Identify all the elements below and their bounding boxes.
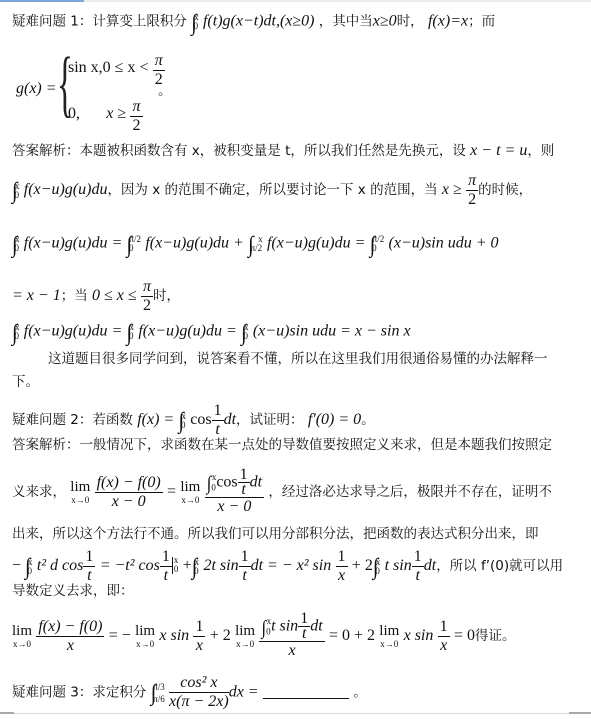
note-line1: 这道题目很多同学问到，说答案看不懂，所以在这里我们用很通俗易懂的办法解释一 [48, 350, 548, 368]
g-case2: 0, x ≥ π2 [68, 98, 143, 135]
problem2-label: 疑难问题 2： [12, 412, 92, 428]
bottom-scroll-marker-left [0, 712, 14, 714]
integral-sign-icon: ∫ [178, 411, 183, 432]
bottom-scroll-marker-right [569, 712, 591, 714]
one-over-t: 1t [239, 548, 251, 585]
expr-d: 2t sin [203, 557, 238, 574]
diff-quotient: f(x) − f(0)x − 0 [95, 474, 163, 511]
result: = x − 1 [12, 287, 61, 304]
answer2-text4: ，所以 f’(0)就可以用 [436, 558, 563, 574]
problem1-cond: x≥0 [373, 13, 397, 30]
answer2-text2a: 义来求， [12, 484, 66, 500]
problem2-line: 疑难问题 2：若函数 f(x) = ∫0x cos1tdt，试证明： f'(0)… [12, 402, 375, 439]
period: 。 [158, 83, 172, 99]
cos: cos [190, 411, 211, 428]
eq2-p1: f(x−u)g(u)du = [138, 323, 236, 340]
integral-quotient: ∫0xcos1tdtx − 0 [205, 468, 264, 516]
answer1-sub: x − t = u [470, 142, 527, 159]
minus: − [12, 557, 25, 574]
problem2-claim: f'(0) = 0 [308, 411, 361, 428]
diff-quotient: f(x) − f(0)x [36, 618, 104, 655]
integral-sign-icon: ∫ [127, 322, 132, 343]
answer2-line2: 义来求， limx→0 f(x) − f(0)x − 0 = limx→0 ∫0… [12, 468, 552, 516]
answer1-text3: ，因为 x 的范围不确定，所以要讨论一下 x 的范围，当 [107, 182, 437, 198]
one-over-x: 1x [193, 618, 205, 655]
answer2-text3: 出来，所以这个方法行不通。所以我们可以用分部积分法，把函数的表达式积分出来，即 [12, 526, 539, 542]
answer1-text4: 的时候， [478, 182, 532, 198]
integral-sign-icon: ∫ [12, 234, 17, 255]
g-case1: sin x,0 ≤ x < π2 [68, 52, 165, 89]
answer2-text5: 导数定义去求，即： [12, 583, 134, 599]
expr-c: = −t² cos [100, 557, 160, 574]
problem1-text: ，其中当 [319, 14, 373, 30]
answer2-text2b: ，经过洛必达求导之后，极限并不存在，证明不 [268, 484, 552, 500]
eq2-p2: (x−u)sin udu = x − sin x [253, 323, 411, 340]
bottom-divider [0, 713, 591, 714]
problem2-f-def: f(x) = [137, 411, 174, 428]
answer2-line5: 导数定义去求，即： [12, 582, 134, 600]
integral-sign-icon: ∫ [25, 557, 30, 578]
pi-over-2: π2 [130, 98, 142, 135]
one-over-x: 1x [438, 618, 450, 655]
expr-b: t² d cos [37, 557, 84, 574]
problem1-integral: f(t)g(x−t)dt,(x≥0) [203, 13, 315, 30]
g-lhs: g(x) = [16, 80, 57, 98]
problem3-label: 疑难问题 3： [12, 685, 92, 701]
answer-blank[interactable] [263, 698, 349, 699]
limit: limx→0 [180, 480, 200, 505]
problem3-line: 疑难问题 3：求定积分 ∫π/3π/6 cos² xx(π − 2x)dx = … [12, 674, 367, 711]
dt: dt [224, 411, 236, 428]
answer1-label: 答案解析： [12, 143, 80, 159]
limit: limx→0 [70, 480, 90, 505]
answer1-text2: ，则 [527, 143, 554, 159]
expr-g: t sin [385, 557, 412, 574]
problem1-line: 疑难问题 1：计算变上限积分 ∫0x f(t)g(x−t)dt,(x≥0) ，其… [12, 8, 495, 35]
eq2-lhs: f(x−u)g(u)du = [24, 323, 122, 340]
limit: limx→0 [135, 624, 155, 649]
top-divider [84, 0, 591, 2]
g-period: 。 [158, 82, 172, 100]
top-accent-bar [0, 0, 84, 2]
answer1-result-line: = x − 1；当 0 ≤ x ≤ π2时， [12, 278, 180, 315]
answer2-line4: − ∫0x t² d cos1t = −t² cos1t​x0 +∫0x 2t … [12, 548, 563, 585]
limit: limx→0 [379, 624, 399, 649]
integral-sign-icon: ∫ [151, 682, 156, 703]
note-line2: 下。 [12, 373, 39, 391]
eq-lhs: f(x−u)g(u)du = [24, 235, 122, 252]
g-case1-text: sin x,0 ≤ x < [68, 59, 148, 76]
answer1-cond-b: 0 ≤ x ≤ [92, 287, 137, 304]
pi-over-2: π2 [141, 278, 153, 315]
answer1-text5: ；当 [61, 288, 88, 304]
integral-quotient: ∫0xt sin1tdtx [259, 612, 324, 660]
one-over-t: 1t [412, 548, 424, 585]
integral-sign-icon: ∫ [370, 234, 375, 255]
expr-e: dt = − x² sin [251, 557, 332, 574]
integral-sign-icon: ∫ [191, 12, 196, 33]
integral-sign-icon: ∫ [127, 234, 132, 255]
pi-over-2: π2 [466, 172, 478, 209]
problem3-intro: 求定积分 [92, 685, 146, 701]
integral-sign-icon: ∫ [192, 557, 197, 578]
one-over-t: 1t [83, 548, 95, 585]
answer1-eq-line: ∫0x f(x−u)g(u)du = ∫0π/2 f(x−u)g(u)du + … [12, 230, 499, 257]
period: 。 [361, 412, 375, 428]
period: 。 [353, 685, 367, 701]
qed-text: 得证。 [475, 628, 516, 644]
integral-sign-icon: ∫ [373, 557, 378, 578]
problem1-end: ；而 [468, 14, 495, 30]
answer1-cond: x ≥ [442, 181, 462, 198]
one-over-x: 1x [336, 548, 348, 585]
integral-sign-icon: ∫ [12, 322, 17, 343]
eq-p2: f(x−u)g(u)du = [267, 235, 365, 252]
answer1-eq-line2: ∫0x f(x−u)g(u)du = ∫0x f(x−u)g(u)du = ∫0… [12, 318, 411, 345]
problem2-text: ，试证明： [236, 412, 304, 428]
one-over-t: 1t [212, 402, 224, 439]
answer1-line1: 答案解析：本题被积函数含有 x，被积变量是 t，所以我们任然是先换元，设 x −… [12, 142, 554, 160]
one-over-t: 1t [160, 548, 172, 585]
answer1-text6: 时， [153, 288, 180, 304]
g-case2-a: 0, [68, 105, 80, 122]
equals: = [167, 483, 176, 500]
note-text2: 下。 [12, 374, 39, 390]
integrand: cos² xx(π − 2x) [169, 674, 229, 711]
integral-sign-icon: ∫ [12, 181, 17, 202]
problem1-text2: 时， [397, 14, 424, 30]
integral-sign-icon: ∫ [248, 234, 253, 255]
limit: limx→0 [235, 624, 255, 649]
answer1-line2: ∫0x f(x−u)g(u)du，因为 x 的范围不确定，所以要讨论一下 x 的… [12, 172, 532, 209]
problem1-intro: 计算变上限积分 [92, 14, 187, 30]
integral-sign-icon: ∫ [241, 322, 246, 343]
problem2-intro: 若函数 [92, 412, 133, 428]
answer2-text1: 一般情况下，求函数在某一点处的导数值要按照定义来求，但是本题我们按照定 [80, 437, 553, 453]
eq-p3: (x−u)sin udu + 0 [389, 235, 499, 252]
g-lhs-text: g(x) = [16, 80, 57, 97]
answer2-final-eq: limx→0 f(x) − f(0)x = − limx→0 x sin 1x … [12, 612, 516, 660]
answer2-line1: 答案解析：一般情况下，求函数在某一点处的导数值要按照定义来求，但是本题我们按照定 [12, 436, 552, 454]
limit: limx→0 [12, 624, 32, 649]
answer1-text1: 本题被积函数含有 x，被积变量是 t，所以我们任然是先换元，设 [80, 143, 466, 159]
problem1-f-def: f(x)=x [428, 13, 468, 30]
answer2-label: 答案解析： [12, 437, 80, 453]
eq-p1: f(x−u)g(u)du + [145, 235, 243, 252]
expr-f: + 2 [352, 557, 373, 574]
problem1-label: 疑难问题 1： [12, 14, 92, 30]
answer1-integral: f(x−u)g(u)du [24, 181, 108, 198]
answer2-line3: 出来，所以这个方法行不通。所以我们可以用分部积分法，把函数的表达式积分出来，即 [12, 525, 539, 543]
g-case2-b: x ≥ [106, 105, 126, 122]
note-text1: 这道题目很多同学问到，说答案看不懂，所以在这里我们用很通俗易懂的办法解释一 [48, 351, 548, 367]
